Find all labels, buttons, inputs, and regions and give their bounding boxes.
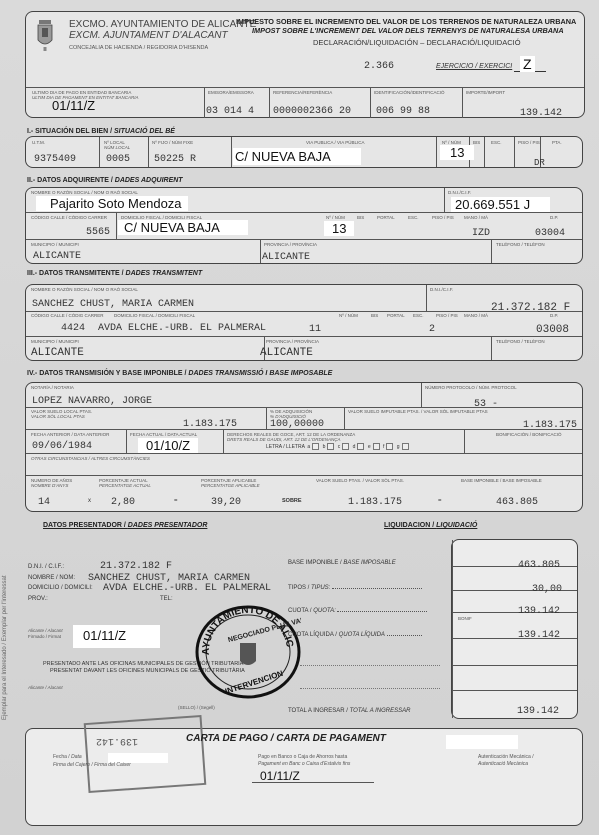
checkbox-b[interactable]: [327, 443, 334, 450]
section-situacion-box: U.T.M. Nº LOCAL NÚM LOCAL Nº FIJO / NÚM …: [25, 136, 583, 168]
fijo-number-value[interactable]: 50225 R: [154, 154, 196, 165]
form-number: 2.366: [364, 61, 394, 72]
emisora-label: EMISORA/EMISSORA: [208, 90, 254, 95]
official-stamp-icon: AYUNTAMIENTO DE ALICANTE NEGOCIADO PLUS …: [195, 605, 301, 699]
presenter-address-value[interactable]: AVDA ELCHE.-URB. EL PALMERAL: [103, 583, 271, 594]
payment-date-label: Fecha / Data: [53, 755, 82, 760]
current-pct-value[interactable]: 2,80: [111, 497, 135, 508]
emisora-value[interactable]: 03 014 4: [206, 106, 254, 117]
presenter-dni-value[interactable]: 21.372.182 F: [100, 561, 172, 572]
buyer-province-value[interactable]: ALICANTE: [262, 252, 310, 263]
buyer-street-number-value[interactable]: 13: [324, 221, 354, 236]
liq-base-label: BASE IMPONIBLE / BASE IMPOSABLE: [288, 560, 396, 566]
seller-dni-value[interactable]: 21.372.182 F: [491, 302, 570, 314]
street-number-value[interactable]: 13: [440, 145, 474, 160]
stamped-amount: 139.142: [96, 735, 138, 746]
land-value[interactable]: 1.183.175: [348, 497, 402, 508]
buyer-domicile-value[interactable]: C/ NUEVA BAJA: [118, 220, 248, 235]
notary-value[interactable]: LOPEZ NAVARRO, JORGE: [32, 396, 152, 407]
applicable-pct-value[interactable]: 39,20: [211, 497, 241, 508]
exercise-value: Z: [520, 56, 535, 72]
due-date-value[interactable]: 01/11/Z: [52, 98, 95, 113]
liq-cuota-liquida-label: CUOTA LÍQUIDA / QUOTA LÍQUIDA: [288, 632, 422, 638]
local-number-value[interactable]: 0005: [106, 154, 130, 165]
years-value[interactable]: 14: [38, 497, 50, 508]
seller-domicile-value[interactable]: AVDA ELCHE.-URB. EL PALMERAL: [98, 323, 266, 334]
side-copy-label: Ejemplar para el Interesado / Exemplar p…: [2, 575, 8, 720]
utm-value[interactable]: 9375409: [34, 154, 76, 165]
amount-value[interactable]: 139.142: [520, 108, 562, 119]
section-transmision-box: NOTARÍA / NOTARIA NÚMERO PROTOCOLO / NÚM…: [25, 382, 583, 512]
previous-date-value[interactable]: 09/06/1984: [32, 441, 92, 452]
checkbox-e[interactable]: [373, 443, 380, 450]
buyer-postal-code-value[interactable]: 03004: [535, 228, 565, 239]
buyer-municipality-value[interactable]: ALICANTE: [33, 251, 81, 262]
seller-floor-value[interactable]: 2: [429, 324, 435, 335]
seller-street-code-value[interactable]: 4424: [61, 323, 85, 334]
svg-text:INTERVENCION: INTERVENCION: [224, 669, 284, 696]
liq-tipos-label: TIPOS / TIPUS:: [288, 585, 422, 591]
acquisition-pct-value[interactable]: 100,00000: [270, 419, 324, 430]
liquidacion-box: 463.805 30,00 139.142 BONIF 139.142 139.…: [451, 539, 578, 719]
coat-of-arms-icon: [36, 16, 54, 52]
department-label: CONCEJALIA DE HACIENDA / REGIDORIA D'HIS…: [69, 45, 208, 51]
buyer-name-value[interactable]: Pajarito Soto Mendoza: [36, 196, 188, 211]
buyer-street-code-value[interactable]: 5565: [86, 227, 110, 238]
form-subtitle: DECLARACIÓN/LIQUIDACIÓN – DECLARACIÓ/LIQ…: [313, 38, 521, 47]
buyer-dni-value[interactable]: 20.669.551 J: [451, 197, 550, 212]
section-transmitente-title: III.- DATOS TRANSMITENTE / DADES TRANSMI…: [27, 270, 202, 277]
tax-form-page: EXCMO. AYUNTAMIENTO DE ALICANTE EXCM. AJ…: [0, 0, 599, 835]
liq-base-value[interactable]: 463.805: [518, 560, 560, 571]
checkbox-a[interactable]: [312, 443, 319, 450]
entity-name-va: EXCM. AJUNTAMENT D'ALACANT: [69, 30, 228, 41]
checkbox-c[interactable]: [342, 443, 349, 450]
reference-value[interactable]: 0000002366 20: [273, 106, 351, 117]
header-box: EXCMO. AYUNTAMIENTO DE ALICANTE EXCM. AJ…: [25, 11, 585, 118]
imputable-land-value[interactable]: 1.183.175: [523, 420, 577, 431]
identification-label: IDENTIFICACIÓN/IDENTIFICACIÓ: [374, 90, 445, 95]
checkbox-f[interactable]: [386, 443, 393, 450]
liq-tipos-value[interactable]: 30,00: [532, 584, 562, 595]
buyer-hand-value[interactable]: IZD: [472, 228, 490, 239]
taxable-base-value[interactable]: 463.805: [496, 497, 538, 508]
liq-cuota-liquida-value[interactable]: 139.142: [518, 630, 560, 641]
pay-until-field[interactable]: 01/11/Z: [252, 769, 374, 783]
signature-date-field[interactable]: 01/11/Z: [73, 625, 160, 648]
seller-municipality-value[interactable]: ALICANTE: [31, 347, 84, 359]
liquidacion-title: LIQUIDACION / LIQUIDACIÓ: [384, 522, 477, 529]
form-title-va: IMPOST SOBRE L'INCREMENT DEL VALOR DELS …: [252, 26, 564, 35]
exercise-field[interactable]: Z: [514, 58, 546, 72]
form-title-es: IMPUESTO SOBRE EL INCREMENTO DEL VALOR D…: [236, 17, 576, 26]
checkbox-g[interactable]: [402, 443, 409, 450]
current-date-value[interactable]: 01/10/Z: [138, 438, 198, 453]
exercise-label: EJERCICIO / EXERCICI: [436, 63, 512, 70]
presentador-title: DATOS PRESENTADOR / DADES PRESENTADOR: [43, 522, 207, 529]
entity-name-es: EXCMO. AYUNTAMIENTO DE ALICANTE: [69, 19, 256, 30]
section-situacion-title: I.- SITUACIÓN DEL BIEN / SITUACIÓ DEL BÉ: [27, 128, 175, 135]
identification-value[interactable]: 006 99 88: [376, 106, 430, 117]
liq-cuota-label: CUOTA / QUOTA:: [288, 608, 427, 614]
signature-date-value: 01/11/Z: [83, 628, 126, 643]
liq-total-label: TOTAL A INGRESAR / TOTAL A INGRESSAR: [288, 708, 410, 714]
seller-street-number-value[interactable]: 11: [309, 324, 321, 335]
section-adquirente-title: II.- DATOS ADQUIRENTE / DADES ADQUIRENT: [27, 177, 183, 184]
payment-letter-title: CARTA DE PAGO / CARTA DE PAGAMENT: [186, 733, 386, 744]
payment-letter-box: 139.142 CARTA DE PAGO / CARTA DE PAGAMEN…: [25, 728, 583, 826]
letter-checkboxes: LETRA / LLETRA a b c d e f g: [266, 443, 411, 450]
local-land-value[interactable]: 1.183.175: [183, 419, 237, 430]
liq-cuota-value[interactable]: 139.142: [518, 606, 560, 617]
seller-postal-code-value[interactable]: 03008: [536, 324, 569, 336]
liq-total-value[interactable]: 139.142: [517, 706, 559, 717]
reference-label: REFERENCIA/REFERÈNCIA: [273, 90, 332, 95]
checkbox-d[interactable]: [357, 443, 364, 450]
section-transmitente-box: NOMBRE O RAZÓN SOCIAL / NOM O RAÓ SOCIAL…: [25, 284, 583, 361]
door-value[interactable]: DR: [534, 158, 545, 168]
amount-label: IMPORTE/IMPORT: [466, 90, 505, 95]
seller-province-value[interactable]: ALICANTE: [260, 347, 313, 359]
seller-name-value[interactable]: SANCHEZ CHUST, MARIA CARMEN: [32, 299, 194, 310]
pay-until-value: 01/11/Z: [260, 769, 300, 783]
street-value[interactable]: C/ NUEVA BAJA: [233, 148, 361, 165]
section-transmision-title: IV.- DATOS TRANSMISIÓN Y BASE IMPONIBLE …: [27, 370, 332, 377]
section-adquirente-box: NOMBRE O RAZÓN SOCIAL / NOM O RAÓ SOCIAL…: [25, 187, 583, 264]
